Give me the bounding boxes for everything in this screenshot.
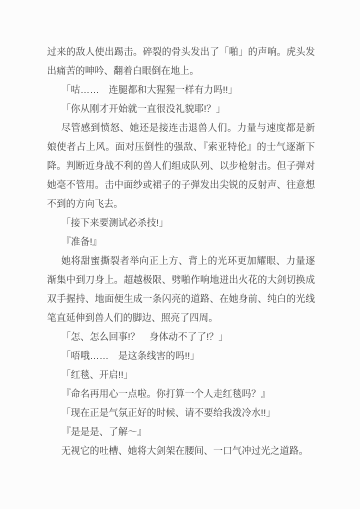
novel-paragraph: 『是是是、了解～』 (47, 423, 315, 442)
novel-paragraph: 「你从刚才开始就一直很没礼貌耶!？」 (47, 100, 315, 119)
novel-paragraph: 尽管感到愤怒、她还是接连击退兽人们。力量与速度都是新娘使者占上风。面对压倒性的强… (47, 119, 315, 214)
novel-text-body: 过来的敌人使出踢击。碎裂的骨头发出了「啪」的声响。虎头发出痛苦的呻吟、翻着白眼倒… (47, 43, 315, 461)
novel-paragraph: 过来的敌人使出踢击。碎裂的骨头发出了「啪」的声响。虎头发出痛苦的呻吟、翻着白眼倒… (47, 43, 315, 81)
novel-paragraph: 『准备!』 (47, 233, 315, 252)
novel-paragraph: 「红毯、开启!!」 (47, 366, 315, 385)
novel-paragraph: 「现在正是气氛正好的时候、请不要给我泼冷水!!」 (47, 404, 315, 423)
novel-paragraph: 「咕…… 连腿都和大猩猩一样有力吗!!」 (47, 81, 315, 100)
novel-paragraph: 「唔哦…… 是这条线害的吗!!」 (47, 347, 315, 366)
novel-paragraph: 她将甜蜜撕裂者举向正上方、背上的光环更加耀眼、力量逐渐集中到刀身上。超越极限、劈… (47, 252, 315, 328)
novel-paragraph: 「怎、怎么回事!？ 身体动不了了!？」 (47, 328, 315, 347)
novel-paragraph: 「接下来要测试必杀技!」 (47, 214, 315, 233)
novel-paragraph: 无视它的吐槽、她将大剑架在腰间、一口气冲过光之道路。 (47, 442, 315, 461)
reader-page: 过来的敌人使出踢击。碎裂的骨头发出了「啪」的声响。虎头发出痛苦的呻吟、翻着白眼倒… (0, 0, 360, 509)
novel-paragraph: 『命名再用心一点啦。你打算一个人走红毯吗？』 (47, 385, 315, 404)
